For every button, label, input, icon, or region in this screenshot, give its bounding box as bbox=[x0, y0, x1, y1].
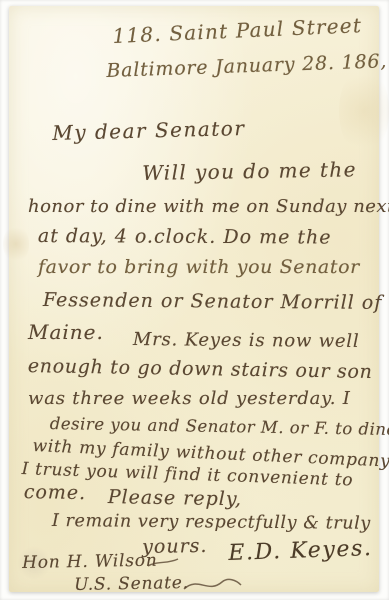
letter-line: honor to dine with me on Sunday next bbox=[28, 196, 389, 217]
paper-stain bbox=[339, 66, 389, 156]
letter-line: Fessenden or Senator Morrill of bbox=[43, 289, 383, 314]
addressee-name: Hon H. Wilson bbox=[22, 551, 158, 573]
salutation: My dear Senator bbox=[52, 116, 246, 145]
letter-line: Please reply, bbox=[108, 486, 243, 510]
addressee-org: U.S. Senate. bbox=[74, 573, 189, 595]
signature: E.D. Keyes. bbox=[228, 536, 373, 566]
letter-line: Mrs. Keyes is now well bbox=[133, 329, 360, 352]
letter-line: at day, 4 o.clock. Do me the bbox=[38, 225, 332, 249]
letter-line: Will you do me the bbox=[142, 157, 357, 185]
letter-line: favor to bring with you Senator bbox=[38, 256, 360, 278]
letter-line: Maine. bbox=[28, 320, 104, 344]
letter-photo: 118. Saint Paul Street Baltimore January… bbox=[0, 0, 389, 600]
letter-line: was three weeks old yesterday. I bbox=[28, 388, 351, 409]
paper-stain bbox=[3, 224, 29, 264]
closing-line: I remain very respectfully & truly bbox=[52, 511, 371, 534]
letter-line: come. bbox=[24, 481, 87, 504]
